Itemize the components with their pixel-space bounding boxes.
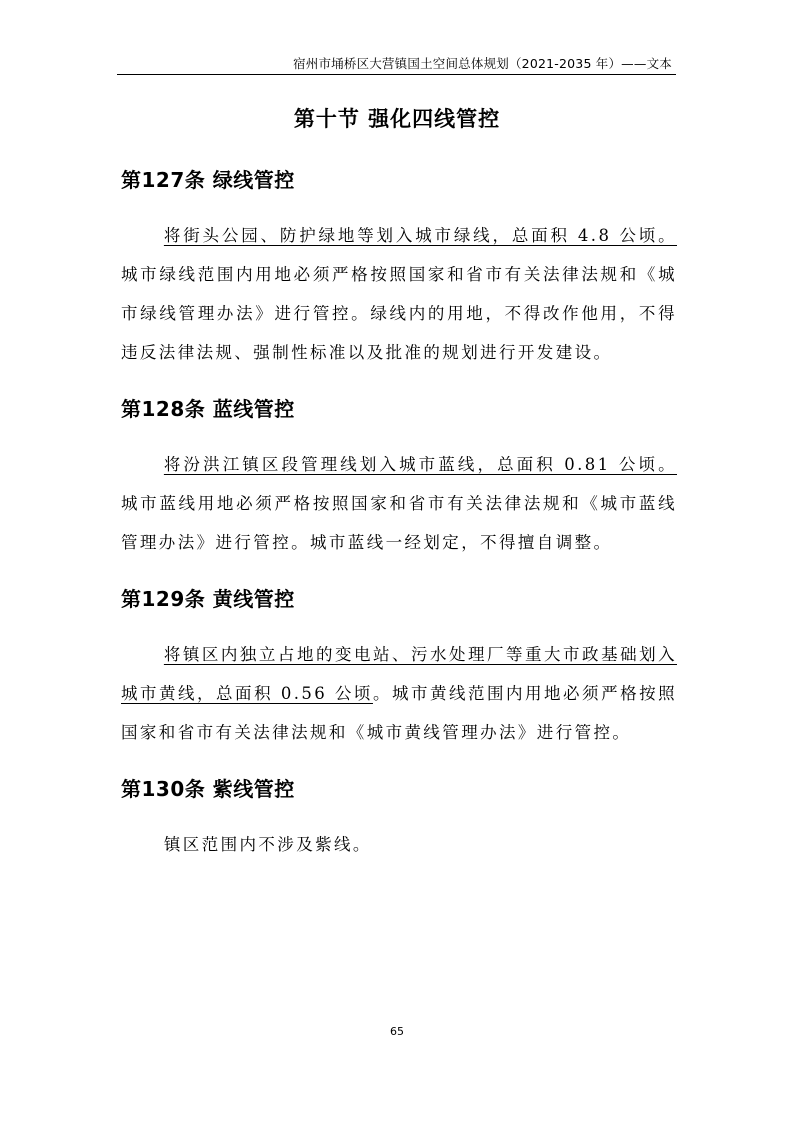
page-header: 宿州市埇桥区大营镇国土空间总体规划（2021-2035 年）——文本: [117, 52, 676, 75]
header-document-title: 宿州市埇桥区大营镇国土空间总体规划（2021-2035 年）——文本: [293, 54, 672, 72]
article-129: 第129条 黄线管控 将镇区内独立占地的变电站、污水处理厂等重大市政基础划入城市…: [121, 585, 677, 752]
article-128: 第128条 蓝线管控 将汾洪江镇区段管理线划入城市蓝线，总面积 0.81 公顷。…: [121, 395, 677, 562]
underlined-text: 将汾洪江镇区段管理线划入城市蓝线，总面积 0.81 公顷。: [164, 455, 677, 474]
article-body: 将街头公园、防护绿地等划入城市绿线，总面积 4.8 公顷。城市绿线范围内用地必须…: [121, 216, 677, 372]
article-heading: 第130条 紫线管控: [121, 775, 677, 803]
article-127: 第127条 绿线管控 将街头公园、防护绿地等划入城市绿线，总面积 4.8 公顷。…: [121, 166, 677, 372]
section-title: 第十节 强化四线管控: [0, 103, 794, 133]
article-130: 第130条 紫线管控 镇区范围内不涉及紫线。: [121, 775, 677, 864]
body-text: 城市绿线范围内用地必须严格按照国家和省市有关法律法规和《城市绿线管理办法》进行管…: [121, 265, 677, 362]
body-text: 城市蓝线用地必须严格按照国家和省市有关法律法规和《城市蓝线管理办法》进行管控。城…: [121, 494, 677, 552]
page-number: 65: [0, 1025, 794, 1038]
article-heading: 第127条 绿线管控: [121, 166, 677, 194]
article-body: 镇区范围内不涉及紫线。: [121, 825, 677, 864]
article-heading: 第128条 蓝线管控: [121, 395, 677, 423]
article-heading: 第129条 黄线管控: [121, 585, 677, 613]
body-text: 镇区范围内不涉及紫线。: [164, 835, 372, 854]
article-body: 将镇区内独立占地的变电站、污水处理厂等重大市政基础划入城市黄线，总面积 0.56…: [121, 635, 677, 752]
article-body: 将汾洪江镇区段管理线划入城市蓝线，总面积 0.81 公顷。城市蓝线用地必须严格按…: [121, 445, 677, 562]
underlined-text: 将街头公园、防护绿地等划入城市绿线，总面积 4.8 公顷。: [164, 226, 677, 245]
